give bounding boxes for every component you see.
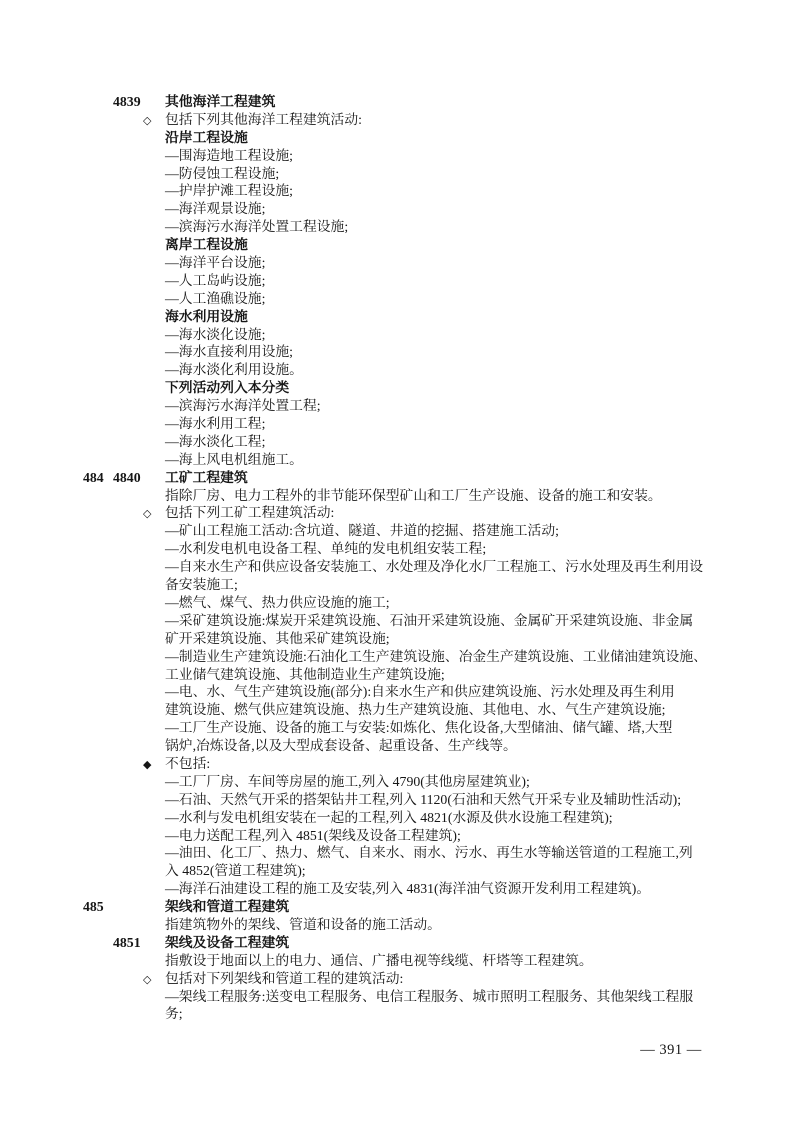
- document-line: 锅炉,冶炼设备,以及大型成套设备、起重设备、生产线等。: [83, 737, 707, 755]
- body-text: —水利与发电机组安装在一起的工程,列入 4821(水源及供水设施工程建筑);: [165, 809, 613, 827]
- document-line: —滨海污水海洋处置工程设施;: [83, 218, 707, 236]
- document-line: —海水利用工程;: [83, 415, 707, 433]
- document-line: 备安装施工;: [83, 576, 707, 594]
- body-text: 不包括:: [165, 755, 210, 773]
- body-text: —防侵蚀工程设施;: [165, 165, 279, 183]
- heading-text: 沿岸工程设施: [165, 129, 248, 147]
- document-line: —围海造地工程设施;: [83, 147, 707, 165]
- body-text: —矿山工程施工活动:含坑道、隧道、井道的挖掘、搭建施工活动;: [165, 522, 559, 540]
- body-text: 包括下列其他海洋工程建筑活动:: [165, 111, 362, 129]
- document-line: —海水淡化设施;: [83, 326, 707, 344]
- body-text: —海水直接利用设施;: [165, 343, 293, 361]
- body-text: —燃气、煤气、热力供应设施的施工;: [165, 594, 390, 612]
- open-diamond-icon: ◇: [143, 505, 165, 523]
- document-line: 建筑设施、燃气供应建筑设施、热力生产建筑设施、其他电、水、气生产建筑设施;: [83, 701, 707, 719]
- category-code: 484: [83, 469, 113, 487]
- document-line: 海水利用设施: [83, 308, 707, 326]
- body-text: —采矿建筑设施:煤炭开采建筑设施、石油开采建筑设施、金属矿开采建筑设施、非金属: [165, 612, 693, 630]
- document-line: 入 4852(管道工程建筑);: [83, 862, 707, 880]
- body-text: 工业储气建筑设施、其他制造业生产建筑设施;: [165, 666, 445, 684]
- category-code: 485: [83, 898, 113, 916]
- body-text: 包括对下列架线和管道工程的建筑活动:: [165, 970, 403, 988]
- document-line: —制造业生产建筑设施:石油化工生产建筑设施、冶金生产建筑设施、工业储油建筑设施、: [83, 648, 707, 666]
- body-text: —工厂厂房、车间等房屋的施工,列入 4790(其他房屋建筑业);: [165, 773, 530, 791]
- document-line: —人工岛屿设施;: [83, 272, 707, 290]
- document-line: 工业储气建筑设施、其他制造业生产建筑设施;: [83, 666, 707, 684]
- document-line: —电、水、气生产建筑设施(部分):自来水生产和供应建筑设施、污水处理及再生利用: [83, 683, 707, 701]
- document-line: —采矿建筑设施:煤炭开采建筑设施、石油开采建筑设施、金属矿开采建筑设施、非金属: [83, 612, 707, 630]
- document-line: 离岸工程设施: [83, 236, 707, 254]
- body-text: —护岸护滩工程设施;: [165, 182, 293, 200]
- document-line: —工厂生产设施、设备的施工与安装:如炼化、焦化设备,大型储油、储气罐、塔,大型: [83, 719, 707, 737]
- document-line: —架线工程服务:送变电工程服务、电信工程服务、城市照明工程服务、其他架线工程服: [83, 988, 707, 1006]
- body-text: —人工岛屿设施;: [165, 272, 265, 290]
- document-line: ◇包括下列其他海洋工程建筑活动:: [83, 111, 707, 129]
- document-line: 指除厂房、电力工程外的非节能环保型矿山和工厂生产设施、设备的施工和安装。: [83, 487, 707, 505]
- body-text: —工厂生产设施、设备的施工与安装:如炼化、焦化设备,大型储油、储气罐、塔,大型: [165, 719, 672, 737]
- body-text: —电、水、气生产建筑设施(部分):自来水生产和供应建筑设施、污水处理及再生利用: [165, 683, 675, 701]
- document-line: —海洋观景设施;: [83, 200, 707, 218]
- document-line: —海水淡化利用设施。: [83, 361, 707, 379]
- heading-text: 海水利用设施: [165, 308, 248, 326]
- heading-text: 下列活动列入本分类: [165, 379, 289, 397]
- document-line: 4851架线及设备工程建筑: [83, 934, 707, 952]
- document-line: —海上风电机组施工。: [83, 451, 707, 469]
- document-line: —油田、化工厂、热力、燃气、自来水、雨水、污水、再生水等输送管道的工程施工,列: [83, 844, 707, 862]
- body-text: —滨海污水海洋处置工程设施;: [165, 218, 348, 236]
- body-text: —海洋平台设施;: [165, 254, 265, 272]
- document-line: —电力送配工程,列入 4851(架线及设备工程建筑);: [83, 827, 707, 845]
- document-line: —防侵蚀工程设施;: [83, 165, 707, 183]
- body-text: 锅炉,冶炼设备,以及大型成套设备、起重设备、生产线等。: [165, 737, 517, 755]
- document-line: 指建筑物外的架线、管道和设备的施工活动。: [83, 916, 707, 934]
- classification-text-block: 4839其他海洋工程建筑◇包括下列其他海洋工程建筑活动:沿岸工程设施—围海造地工…: [83, 93, 707, 1023]
- heading-text: 工矿工程建筑: [165, 469, 248, 487]
- body-text: —海洋石油建设工程的施工及安装,列入 4831(海洋油气资源开发利用工程建筑)。: [165, 880, 650, 898]
- body-text: —海水淡化设施;: [165, 326, 265, 344]
- document-line: —护岸护滩工程设施;: [83, 182, 707, 200]
- document-line: —工厂厂房、车间等房屋的施工,列入 4790(其他房屋建筑业);: [83, 773, 707, 791]
- heading-text: 架线及设备工程建筑: [165, 934, 289, 952]
- document-line: —自来水生产和供应设备安装施工、水处理及净化水厂工程施工、污水处理及再生利用设: [83, 558, 707, 576]
- document-line: —滨海污水海洋处置工程;: [83, 397, 707, 415]
- body-text: —海水淡化工程;: [165, 433, 265, 451]
- filled-diamond-icon: ◆: [143, 756, 165, 774]
- document-line: —人工渔礁设施;: [83, 290, 707, 308]
- body-text: —滨海污水海洋处置工程;: [165, 397, 321, 415]
- document-line: 沿岸工程设施: [83, 129, 707, 147]
- document-line: 4844840工矿工程建筑: [83, 469, 707, 487]
- body-text: —水利发电机电设备工程、单纯的发电机组安装工程;: [165, 540, 486, 558]
- body-text: —石油、天然气开采的搭架钻井工程,列入 1120(石油和天然气开采专业及辅助性活…: [165, 791, 681, 809]
- document-line: —海洋平台设施;: [83, 254, 707, 272]
- body-text: 入 4852(管道工程建筑);: [165, 862, 306, 880]
- body-text: 矿开采建筑设施、其他采矿建筑设施;: [165, 630, 390, 648]
- document-line: 矿开采建筑设施、其他采矿建筑设施;: [83, 630, 707, 648]
- document-line: 4839其他海洋工程建筑: [83, 93, 707, 111]
- class-code: 4851: [113, 934, 143, 952]
- open-diamond-icon: ◇: [143, 112, 165, 130]
- document-page: 4839其他海洋工程建筑◇包括下列其他海洋工程建筑活动:沿岸工程设施—围海造地工…: [0, 0, 793, 1122]
- body-text: —架线工程服务:送变电工程服务、电信工程服务、城市照明工程服务、其他架线工程服: [165, 988, 693, 1006]
- body-text: —电力送配工程,列入 4851(架线及设备工程建筑);: [165, 827, 461, 845]
- body-text: —海水利用工程;: [165, 415, 265, 433]
- document-line: —海洋石油建设工程的施工及安装,列入 4831(海洋油气资源开发利用工程建筑)。: [83, 880, 707, 898]
- document-line: —海水直接利用设施;: [83, 343, 707, 361]
- body-text: 指除厂房、电力工程外的非节能环保型矿山和工厂生产设施、设备的施工和安装。: [165, 487, 662, 505]
- document-line: 下列活动列入本分类: [83, 379, 707, 397]
- document-line: 指敷设于地面以上的电力、通信、广播电视等线缆、杆塔等工程建筑。: [83, 952, 707, 970]
- body-text: 建筑设施、燃气供应建筑设施、热力生产建筑设施、其他电、水、气生产建筑设施;: [165, 701, 666, 719]
- class-code: 4840: [113, 469, 143, 487]
- body-text: 包括下列工矿工程建筑活动:: [165, 504, 334, 522]
- heading-text: 架线和管道工程建筑: [165, 898, 289, 916]
- document-line: ◇包括对下列架线和管道工程的建筑活动:: [83, 970, 707, 988]
- document-line: —矿山工程施工活动:含坑道、隧道、井道的挖掘、搭建施工活动;: [83, 522, 707, 540]
- heading-text: 其他海洋工程建筑: [165, 93, 275, 111]
- body-text: —油田、化工厂、热力、燃气、自来水、雨水、污水、再生水等输送管道的工程施工,列: [165, 844, 693, 862]
- body-text: 备安装施工;: [165, 576, 238, 594]
- document-line: —水利与发电机组安装在一起的工程,列入 4821(水源及供水设施工程建筑);: [83, 809, 707, 827]
- page-number: — 391 —: [626, 1041, 716, 1059]
- document-line: —海水淡化工程;: [83, 433, 707, 451]
- body-text: —制造业生产建筑设施:石油化工生产建筑设施、冶金生产建筑设施、工业储油建筑设施、: [165, 648, 707, 666]
- body-text: —人工渔礁设施;: [165, 290, 265, 308]
- document-line: ◇包括下列工矿工程建筑活动:: [83, 504, 707, 522]
- body-text: —海水淡化利用设施。: [165, 361, 303, 379]
- body-text: 指建筑物外的架线、管道和设备的施工活动。: [165, 916, 441, 934]
- body-text: —自来水生产和供应设备安装施工、水处理及净化水厂工程施工、污水处理及再生利用设: [165, 558, 703, 576]
- body-text: 务;: [165, 1005, 183, 1023]
- body-text: —围海造地工程设施;: [165, 147, 293, 165]
- class-code: 4839: [113, 93, 143, 111]
- document-line: ◆不包括:: [83, 755, 707, 773]
- document-line: 485架线和管道工程建筑: [83, 898, 707, 916]
- heading-text: 离岸工程设施: [165, 236, 248, 254]
- body-text: —海洋观景设施;: [165, 200, 265, 218]
- document-line: —石油、天然气开采的搭架钻井工程,列入 1120(石油和天然气开采专业及辅助性活…: [83, 791, 707, 809]
- document-line: —水利发电机电设备工程、单纯的发电机组安装工程;: [83, 540, 707, 558]
- body-text: —海上风电机组施工。: [165, 451, 303, 469]
- body-text: 指敷设于地面以上的电力、通信、广播电视等线缆、杆塔等工程建筑。: [165, 952, 593, 970]
- open-diamond-icon: ◇: [143, 971, 165, 989]
- document-line: 务;: [83, 1005, 707, 1023]
- document-line: —燃气、煤气、热力供应设施的施工;: [83, 594, 707, 612]
